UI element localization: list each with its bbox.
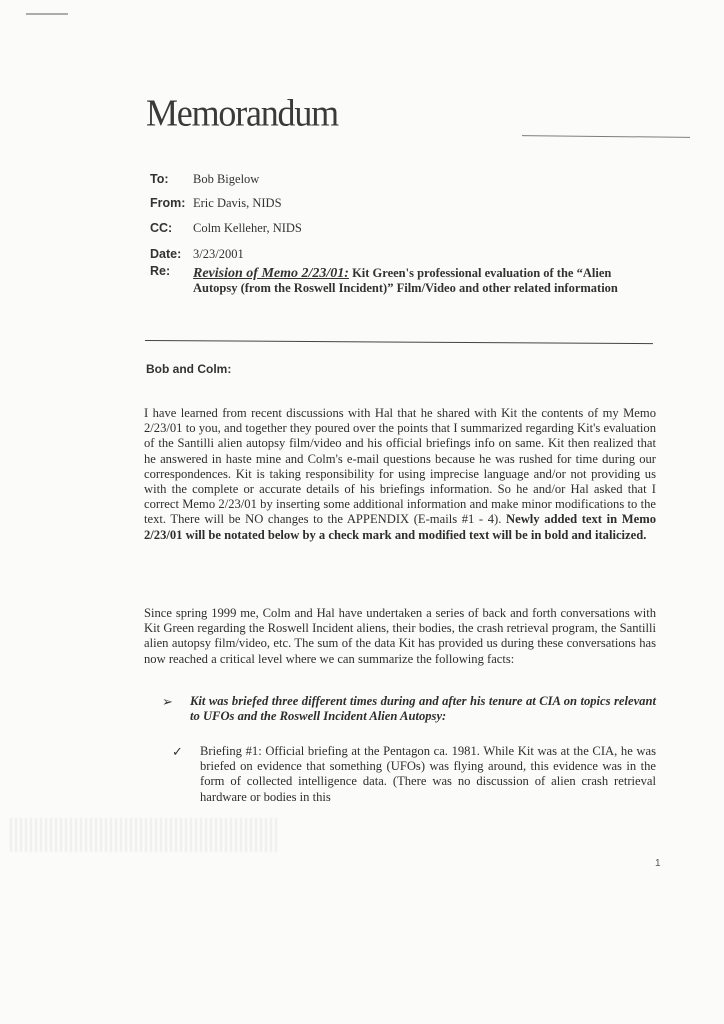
salutation: Bob and Colm: xyxy=(146,362,231,376)
paragraph-2: Since spring 1999 me, Colm and Hal have … xyxy=(144,606,656,667)
bullet-briefing-1-text: Briefing #1: Official briefing at the Pe… xyxy=(200,744,656,805)
memo-title: Memorandum xyxy=(146,91,338,135)
title-rule xyxy=(522,135,690,138)
header-to: To: Bob Bigelow xyxy=(150,172,259,187)
to-label: To: xyxy=(150,172,193,186)
header-date: Date: 3/23/2001 xyxy=(150,247,244,262)
from-value: Eric Davis, NIDS xyxy=(193,196,282,211)
cc-label: CC: xyxy=(150,221,193,235)
date-value: 3/23/2001 xyxy=(193,247,244,262)
bullet-briefings-text: Kit was briefed three different times du… xyxy=(190,694,656,724)
re-prefix: Revision of Memo 2/23/01: xyxy=(193,266,349,281)
arrow-bullet-icon: ➢ xyxy=(162,694,190,724)
paragraph-1-text: I have learned from recent discussions w… xyxy=(144,406,656,526)
header-cc: CC: Colm Kelleher, NIDS xyxy=(150,221,302,236)
date-label: Date: xyxy=(150,247,193,261)
re-subject: Revision of Memo 2/23/01: Kit Green's pr… xyxy=(193,266,648,296)
re-label: Re: xyxy=(150,264,193,278)
cc-value: Colm Kelleher, NIDS xyxy=(193,221,302,236)
header-from: From: Eric Davis, NIDS xyxy=(150,196,282,211)
check-mark-icon: ✓ xyxy=(172,744,200,805)
scan-mark xyxy=(26,13,68,15)
page-number: 1 xyxy=(655,858,661,869)
header-re: Re: xyxy=(150,264,193,278)
scan-smudge xyxy=(10,818,280,852)
from-label: From: xyxy=(150,196,193,210)
paragraph-1: I have learned from recent discussions w… xyxy=(144,406,656,543)
header-divider xyxy=(145,340,653,344)
bullet-briefing-1: ✓ Briefing #1: Official briefing at the … xyxy=(172,744,656,805)
to-value: Bob Bigelow xyxy=(193,172,259,187)
memo-page: Memorandum To: Bob Bigelow From: Eric Da… xyxy=(0,0,724,1024)
bullet-briefings: ➢ Kit was briefed three different times … xyxy=(162,694,656,724)
